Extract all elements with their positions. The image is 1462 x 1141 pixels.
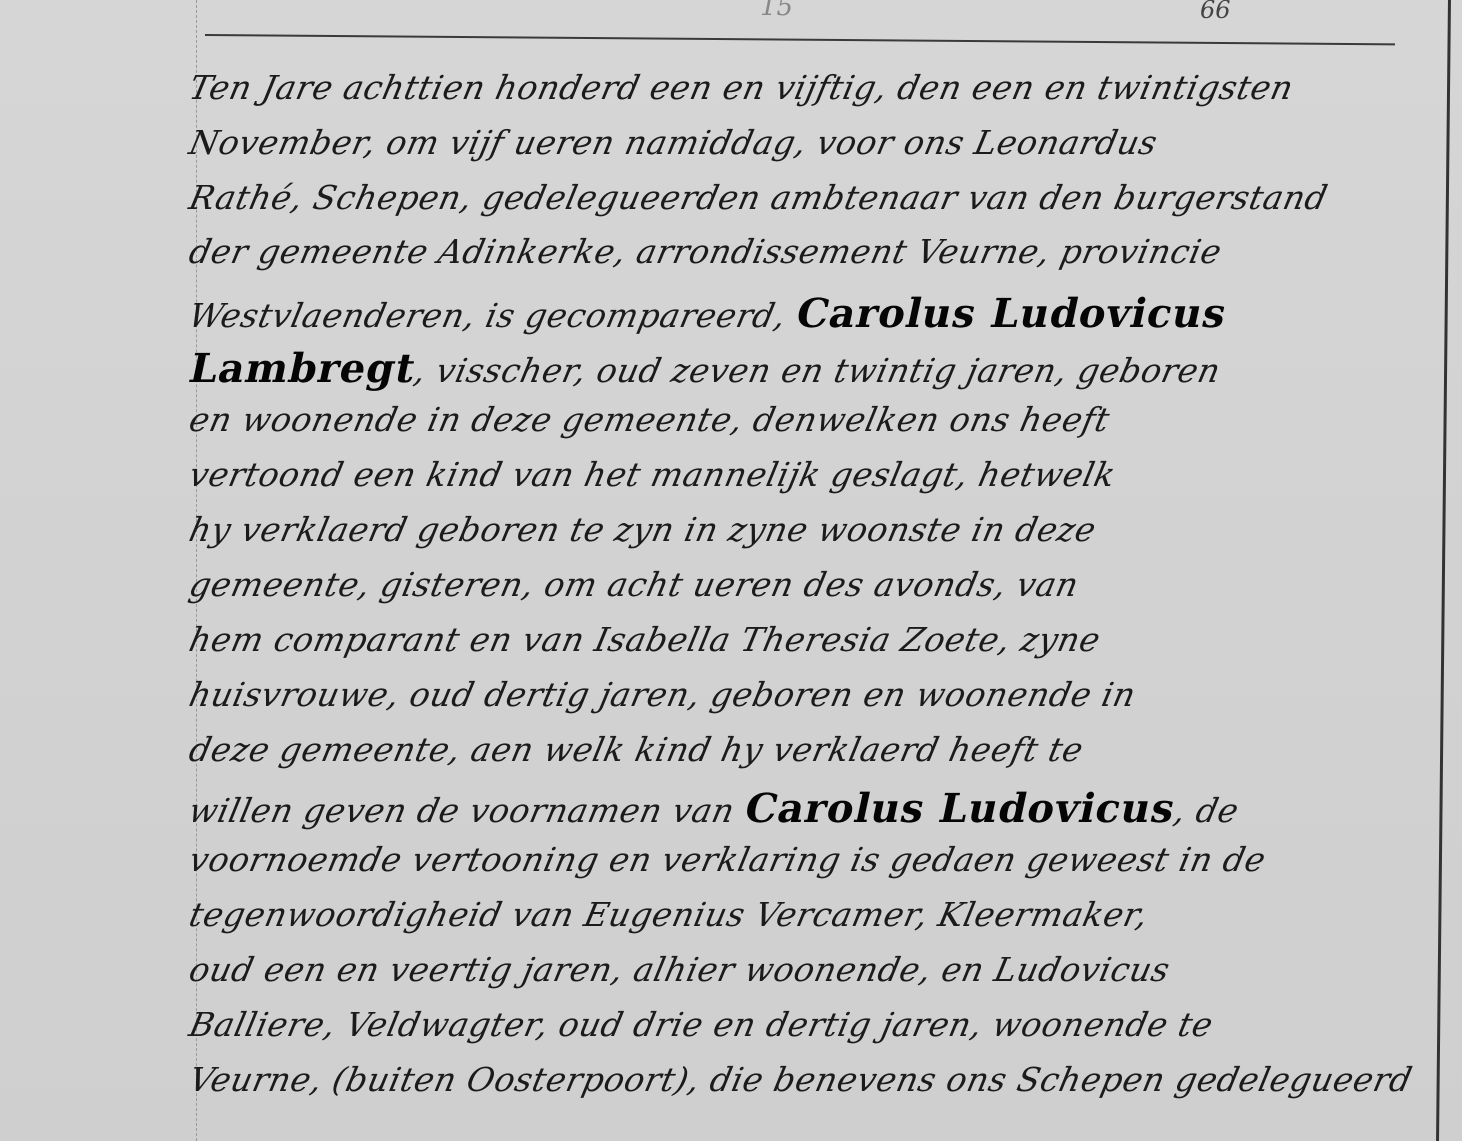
top-rule-line (205, 34, 1395, 45)
text-line: Westvlaenderen, is gecompareerd, Carolus… (185, 290, 1425, 337)
line-text: Rathé, Schepen, gedelegueerden ambtenaar… (186, 178, 1331, 217)
line-text: , de (1171, 791, 1243, 830)
line-text: hem comparant en van Isabella Theresia Z… (186, 620, 1104, 659)
right-page-border (1436, 0, 1451, 1141)
header-mark-left: 15 (760, 0, 793, 22)
text-line: gemeente, gisteren, om acht ueren des av… (186, 565, 1424, 604)
highlighted-name: Carolus Ludovicus (741, 785, 1180, 832)
line-text: hy verklaerd geboren te zyn in zyne woon… (186, 510, 1100, 549)
text-line: Balliere, Veldwagter, oud drie en dertig… (186, 1005, 1424, 1044)
highlighted-name: Lambregt (185, 345, 420, 392)
text-line: oud een en veertig jaren, alhier woonend… (186, 950, 1424, 989)
line-text: Veurne, (buiten Oosterpoort), die beneve… (186, 1060, 1416, 1099)
scanned-register-page: 15 66 Ten Jare achttien honderd een en v… (0, 0, 1462, 1141)
line-text: oud een en veertig jaren, alhier woonend… (186, 950, 1174, 989)
line-text: huisvrouwe, oud dertig jaren, geboren en… (186, 675, 1140, 714)
text-line: tegenwoordigheid van Eugenius Vercamer, … (186, 895, 1424, 934)
line-text: vertoond een kind van het mannelijk gesl… (186, 455, 1119, 494)
line-text: , visscher, oud zeven en twintig jaren, … (411, 351, 1224, 390)
text-line: willen geven de voornamen van Carolus Lu… (185, 785, 1425, 832)
line-text: Ten Jare achttien honderd een en vijftig… (186, 68, 1297, 107)
text-line: huisvrouwe, oud dertig jaren, geboren en… (186, 675, 1424, 714)
line-text: deze gemeente, aen welk kind hy verklaer… (186, 730, 1087, 769)
line-text: Westvlaenderen, is gecompareerd, (185, 296, 800, 335)
header-marks: 15 66 (420, 0, 1320, 30)
line-text: en woonende in deze gemeente, denwelken … (186, 400, 1113, 439)
text-line: Ten Jare achttien honderd een en vijftig… (186, 68, 1424, 107)
text-line: November, om vijf ueren namiddag, voor o… (186, 123, 1424, 162)
text-line: Rathé, Schepen, gedelegueerden ambtenaar… (186, 178, 1424, 217)
text-line: en woonende in deze gemeente, denwelken … (186, 400, 1424, 439)
text-line: der gemeente Adinkerke, arrondissement V… (186, 232, 1424, 271)
text-line: hy verklaerd geboren te zyn in zyne woon… (186, 510, 1424, 549)
line-text: der gemeente Adinkerke, arrondissement V… (186, 232, 1225, 271)
text-line: deze gemeente, aen welk kind hy verklaer… (186, 730, 1424, 769)
line-text: voornoemde vertooning en verklaring is g… (186, 840, 1270, 879)
text-line: Veurne, (buiten Oosterpoort), die beneve… (186, 1060, 1424, 1099)
text-line: vertoond een kind van het mannelijk gesl… (186, 455, 1424, 494)
header-mark-right: 66 (1200, 0, 1231, 24)
line-text: willen geven de voornamen van (185, 791, 749, 830)
highlighted-name: Carolus Ludovicus (792, 290, 1231, 337)
line-text: tegenwoordigheid van Eugenius Vercamer, … (186, 895, 1152, 934)
text-line: voornoemde vertooning en verklaring is g… (186, 840, 1424, 879)
text-line: hem comparant en van Isabella Theresia Z… (186, 620, 1424, 659)
text-line: Lambregt, visscher, oud zeven en twintig… (185, 345, 1425, 392)
line-text: Balliere, Veldwagter, oud drie en dertig… (186, 1005, 1217, 1044)
line-text: November, om vijf ueren namiddag, voor o… (186, 123, 1161, 162)
line-text: gemeente, gisteren, om acht ueren des av… (186, 565, 1083, 604)
